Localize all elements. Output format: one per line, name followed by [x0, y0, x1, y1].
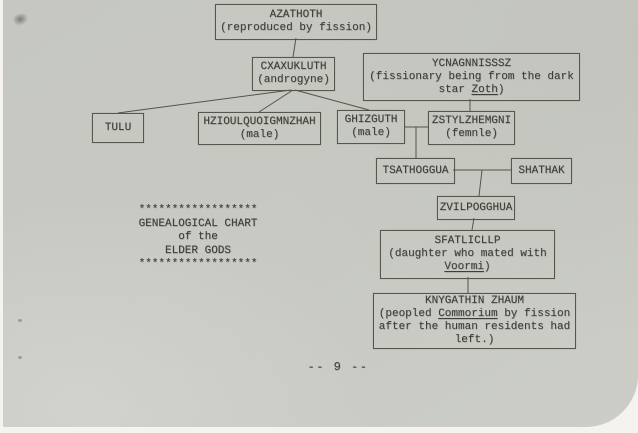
note-text: star: [438, 84, 471, 96]
node-cxaxukluth: CXAXUKLUTH (androgyne): [252, 57, 335, 91]
node-note: (fissionary being from the dark: [369, 71, 574, 84]
chart-subtitle: of the: [118, 231, 278, 245]
node-name: AZATHOTH: [270, 9, 323, 22]
node-note: (femnle): [445, 128, 498, 141]
node-name: HZIOULQUOIGMNZHAH: [203, 116, 315, 129]
node-ycnagnnisssz: YCNAGNNISSSZ (fissionary being from the …: [363, 53, 580, 101]
node-shathak: SHATHAK: [511, 158, 572, 184]
node-note: star Zoth): [438, 84, 504, 97]
node-name: SHATHAK: [518, 165, 564, 178]
stars-divider: ******************: [118, 204, 278, 218]
node-zvilpogghua: ZVILPOGGHUA: [437, 196, 515, 220]
node-tsathoggua: TSATHOGGUA: [376, 158, 455, 184]
node-name: SFATLICLLP: [434, 235, 500, 248]
scan-speck: [18, 319, 22, 322]
note-text: by fission: [498, 308, 571, 320]
underlined-word: Voormi: [444, 261, 484, 273]
note-text: ): [484, 261, 491, 273]
node-zstylzhemgni: ZSTYLZHEMGNI (femnle): [428, 111, 515, 145]
node-name: GHIZGUTH: [345, 114, 398, 127]
scan-speck: [18, 356, 22, 359]
node-note: (daughter who mated with: [388, 248, 546, 261]
node-note: (peopled Commorium by fission: [379, 308, 570, 321]
scanned-page: AZATHOTH (reproduced by fission) CXAXUKL…: [0, 0, 638, 433]
chart-title: GENEALOGICAL CHART: [118, 218, 278, 232]
node-tulu: TULU: [92, 113, 144, 143]
node-knygathin-zhaum: KNYGATHIN ZHAUM (peopled Commorium by fi…: [373, 293, 576, 349]
node-name: YCNAGNNISSSZ: [432, 58, 511, 71]
node-note: (androgyne): [257, 74, 330, 87]
node-note: left.): [455, 334, 495, 347]
node-name: ZVILPOGGHUA: [440, 202, 513, 215]
node-hzioulquoigmnzhah: HZIOULQUOIGMNZHAH (male): [198, 112, 321, 145]
underlined-word: Zoth: [472, 84, 498, 96]
node-note: (reproduced by fission): [220, 22, 372, 35]
node-name: TSATHOGGUA: [382, 165, 448, 178]
chart-subject: ELDER GODS: [118, 245, 278, 259]
node-ghizguth: GHIZGUTH (male): [337, 110, 405, 144]
node-note: Voormi): [444, 261, 490, 274]
note-text: ): [498, 84, 505, 96]
node-azathoth: AZATHOTH (reproduced by fission): [215, 4, 377, 40]
node-name: KNYGATHIN ZHAUM: [425, 295, 524, 308]
node-name: CXAXUKLUTH: [260, 61, 326, 74]
underlined-word: Commorium: [438, 308, 497, 320]
node-name: ZSTYLZHEMGNI: [432, 115, 511, 128]
node-note: after the human residents had: [379, 321, 570, 334]
note-text: (peopled: [379, 308, 438, 320]
node-note: (male): [351, 127, 391, 140]
page-number: -- 9 --: [300, 360, 376, 374]
node-name: TULU: [105, 122, 131, 135]
node-note: (male): [240, 129, 280, 142]
stars-divider: ******************: [118, 258, 278, 272]
chart-title-block: ****************** GENEALOGICAL CHART of…: [118, 204, 278, 272]
node-sfatlicllp: SFATLICLLP (daughter who mated with Voor…: [380, 230, 555, 279]
